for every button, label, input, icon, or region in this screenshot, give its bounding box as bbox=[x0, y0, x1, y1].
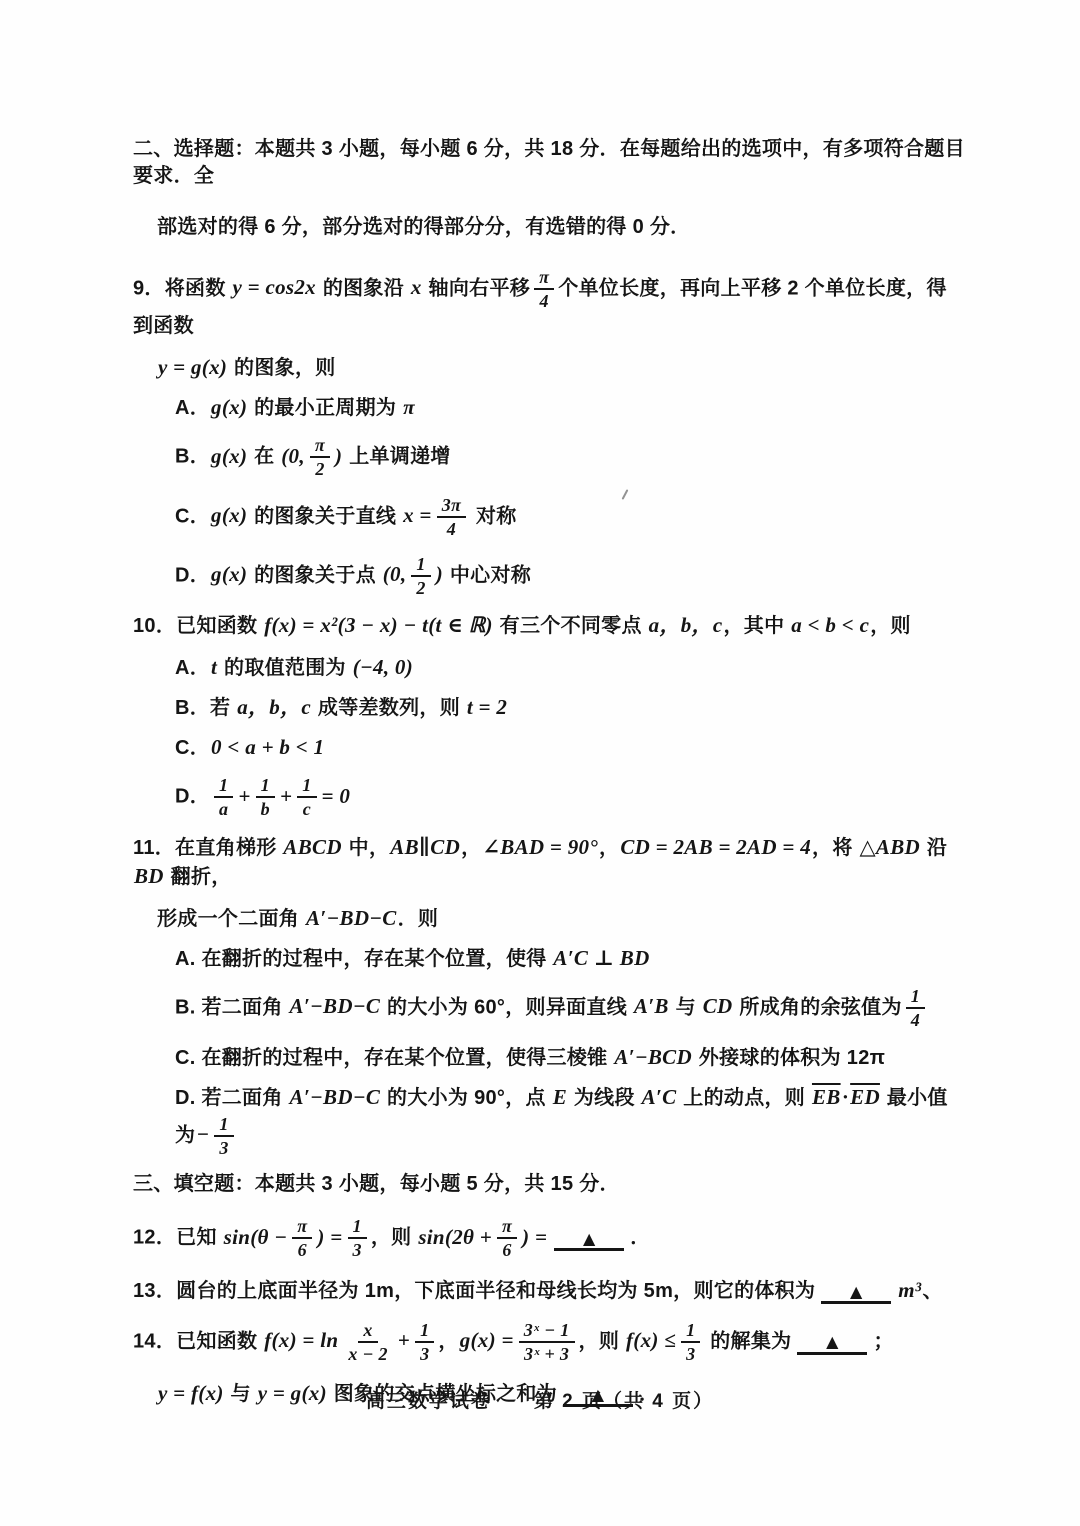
math-fragment: A′−BD−C bbox=[289, 994, 382, 1018]
text-fragment: 的最小正周期为 bbox=[248, 397, 402, 419]
text-fragment: 轴向右平移 bbox=[423, 277, 530, 299]
fraction: 13 bbox=[348, 1216, 367, 1260]
section-2-heading-line-1: 二、选择题：本题共 3 小题，每小题 6 分，共 18 分．在每题给出的选项中，… bbox=[133, 136, 965, 190]
question-11-option-d: D. 若二面角 A′−BD−C 的大小为 90°，点 E 为线段 A′C 上的动… bbox=[175, 1083, 965, 1160]
fraction: π6 bbox=[497, 1216, 517, 1260]
text-fragment: C. 在翻折的过程中，存在某个位置，使得三棱锥 bbox=[175, 1047, 613, 1069]
fraction-numerator: x bbox=[358, 1320, 377, 1343]
math-fragment: sin(θ − bbox=[223, 1225, 289, 1249]
math-fragment: △ABD bbox=[858, 835, 921, 859]
math-fragment: (−4, 0) bbox=[352, 655, 414, 679]
fraction: 1a bbox=[214, 775, 233, 819]
fraction-numerator: 1 bbox=[214, 775, 233, 798]
math-fragment: (0, bbox=[280, 444, 306, 468]
math-fragment: a < b < c bbox=[790, 613, 870, 637]
math-fragment: A′B bbox=[633, 994, 670, 1018]
fraction: 3ˣ − 13ˣ + 3 bbox=[519, 1320, 575, 1364]
math-fragment: x = bbox=[402, 503, 433, 527]
fraction-numerator: π bbox=[497, 1216, 517, 1239]
math-fragment: g(x) bbox=[210, 503, 248, 527]
question-11-stem-line-1: 11．在直角梯形 ABCD 中，AB∥CD，∠BAD = 90°，CD = 2A… bbox=[133, 833, 965, 891]
text-fragment: 的大小为 60°，则异面直线 bbox=[381, 996, 633, 1018]
text-fragment: ，则 bbox=[870, 615, 911, 637]
math-fragment: − bbox=[195, 1122, 210, 1146]
math-fragment: AB∥CD bbox=[389, 835, 461, 859]
text-fragment: 14．已知函数 bbox=[133, 1330, 263, 1352]
text-fragment: B. 若二面角 bbox=[175, 996, 289, 1018]
math-fragment: sin(2θ + bbox=[417, 1225, 493, 1249]
fraction: 13 bbox=[214, 1114, 233, 1158]
text-fragment: ， bbox=[438, 1330, 458, 1352]
fraction-denominator: x − 2 bbox=[343, 1343, 392, 1364]
fraction-denominator: 2 bbox=[310, 458, 329, 479]
fraction-denominator: 3ˣ + 3 bbox=[519, 1343, 574, 1364]
math-fragment: y = cos2x bbox=[231, 275, 316, 299]
question-10-option-c: C．0 < a + b < 1 bbox=[175, 733, 965, 762]
text-fragment: 上的动点，则 bbox=[677, 1087, 811, 1109]
text-fragment: A. 在翻折的过程中，存在某个位置，使得 bbox=[175, 948, 552, 970]
exam-page: 二、选择题：本题共 3 小题，每小题 6 分，共 18 分．在每题给出的选项中，… bbox=[0, 0, 1080, 1526]
text-fragment: 中， bbox=[343, 837, 389, 859]
math-fragment: A′−BCD bbox=[613, 1045, 693, 1069]
math-fragment: π bbox=[402, 395, 416, 419]
text-fragment: A． bbox=[175, 657, 210, 679]
math-fragment: a，b，c bbox=[648, 613, 724, 637]
text-fragment: 的图象关于点 bbox=[248, 564, 382, 586]
math-fragment: ) = bbox=[521, 1225, 548, 1249]
text-fragment: 对称 bbox=[470, 505, 516, 527]
answer-blank: ▲ bbox=[554, 1230, 624, 1252]
question-11-option-b: B. 若二面角 A′−BD−C 的大小为 60°，则异面直线 A′B 与 CD … bbox=[175, 984, 965, 1032]
fraction-denominator: 4 bbox=[906, 1009, 925, 1030]
math-fragment: f(x) ≤ bbox=[625, 1328, 677, 1352]
text-fragment: D. 若二面角 bbox=[175, 1087, 289, 1109]
text-fragment: 与 bbox=[670, 996, 702, 1018]
question-14-stem-line-1: 14．已知函数 f(x) = lnxx − 2+13，g(x) =3ˣ − 13… bbox=[133, 1318, 965, 1366]
text-fragment: D． bbox=[175, 564, 210, 586]
text-fragment: ， bbox=[461, 837, 481, 859]
question-9-stem-line-2: y = g(x) 的图象，则 bbox=[157, 353, 965, 382]
text-fragment: 、 bbox=[923, 1280, 943, 1302]
question-11-stem-line-2: 形成一个二面角 A′−BD−C．则 bbox=[157, 904, 965, 933]
question-9-option-b: B．g(x) 在 (0,π2) 上单调递增 bbox=[175, 433, 965, 481]
text-fragment: 的图象关于直线 bbox=[248, 505, 402, 527]
question-10-option-b: B．若 a，b，c 成等差数列，则 t = 2 bbox=[175, 693, 965, 722]
question-9-option-d: D．g(x) 的图象关于点 (0,12) 中心对称 bbox=[175, 552, 965, 600]
question-9-option-c: C．g(x) 的图象关于直线 x =3π4 对称 bbox=[175, 493, 965, 541]
fraction-denominator: 3 bbox=[415, 1343, 434, 1364]
math-fragment: g(x) bbox=[210, 562, 248, 586]
text-fragment: ，其中 bbox=[723, 615, 790, 637]
fraction-denominator: 6 bbox=[497, 1239, 516, 1260]
math-fragment: m³ bbox=[897, 1278, 922, 1302]
text-fragment: ，则 bbox=[371, 1227, 417, 1249]
text-fragment: ．则 bbox=[398, 908, 439, 930]
fraction: xx − 2 bbox=[343, 1320, 392, 1364]
section-3-heading: 三、填空题：本题共 3 小题，每小题 5 分，共 15 分． bbox=[133, 1171, 965, 1198]
math-fragment: ) bbox=[334, 444, 343, 468]
math-fragment: A′C bbox=[641, 1085, 678, 1109]
fraction: 12 bbox=[411, 554, 430, 598]
answer-blank: ▲ bbox=[821, 1283, 891, 1305]
fraction-numerator: 1 bbox=[906, 986, 925, 1009]
question-9-stem-line-1: 9．将函数 y = cos2x 的图象沿 x 轴向右平移π4个单位长度，再向上平… bbox=[133, 265, 965, 340]
text-fragment: 的取值范围为 bbox=[218, 657, 352, 679]
text-fragment: 翻折， bbox=[165, 866, 232, 888]
math-fragment: + bbox=[279, 784, 293, 808]
text-fragment: 11．在直角梯形 bbox=[133, 837, 282, 859]
text-fragment: 9．将函数 bbox=[133, 277, 231, 299]
fraction-numerator: π bbox=[292, 1216, 312, 1239]
text-fragment: 的大小为 90°，点 bbox=[381, 1087, 552, 1109]
text-fragment: ． bbox=[630, 1227, 650, 1249]
math-fragment: BD bbox=[133, 864, 165, 888]
fraction: π2 bbox=[310, 435, 330, 479]
text-fragment: 形成一个二面角 bbox=[157, 908, 305, 930]
math-fragment: = 0 bbox=[321, 784, 352, 808]
text-fragment: 为线段 bbox=[568, 1087, 641, 1109]
math-fragment: t bbox=[210, 655, 218, 679]
answer-blank: ▲ bbox=[797, 1333, 867, 1355]
fraction-numerator: 1 bbox=[415, 1320, 434, 1343]
fraction-denominator: 6 bbox=[293, 1239, 312, 1260]
fraction-numerator: 1 bbox=[214, 1114, 233, 1137]
text-fragment: 中心对称 bbox=[444, 564, 531, 586]
vector-overline: EB bbox=[811, 1085, 842, 1109]
math-fragment: ABCD bbox=[282, 835, 342, 859]
math-fragment: g(x) bbox=[210, 444, 248, 468]
text-fragment: 所成角的余弦值为 bbox=[734, 996, 902, 1018]
math-fragment: g(x) bbox=[210, 395, 248, 419]
math-fragment: ) bbox=[435, 562, 444, 586]
math-fragment: CD bbox=[702, 994, 734, 1018]
text-fragment: 的图象沿 bbox=[317, 277, 410, 299]
math-fragment: (0, bbox=[382, 562, 408, 586]
exam-content: 二、选择题：本题共 3 小题，每小题 6 分，共 18 分．在每题给出的选项中，… bbox=[133, 136, 965, 1419]
fraction: 1b bbox=[256, 775, 275, 819]
fraction: π4 bbox=[534, 267, 554, 311]
text-fragment: 上单调递增 bbox=[343, 446, 450, 468]
math-fragment: + bbox=[397, 1328, 411, 1352]
math-fragment: ) = bbox=[316, 1225, 343, 1249]
text-fragment: A． bbox=[175, 397, 210, 419]
fraction: 14 bbox=[906, 986, 925, 1030]
fraction-numerator: 1 bbox=[348, 1216, 367, 1239]
fraction-numerator: 1 bbox=[681, 1320, 700, 1343]
fraction-denominator: 3 bbox=[214, 1137, 233, 1158]
text-fragment: 沿 bbox=[921, 837, 947, 859]
fraction-denominator: a bbox=[214, 798, 233, 819]
math-fragment: f(x) = ln bbox=[263, 1328, 339, 1352]
fraction-numerator: π bbox=[534, 267, 554, 290]
fraction-denominator: 2 bbox=[411, 577, 430, 598]
text-fragment: D． bbox=[175, 786, 210, 808]
text-fragment: 13．圆台的上底面半径为 1m，下底面半径和母线长均为 5m，则它的体积为 bbox=[133, 1280, 815, 1302]
question-12-stem: 12．已知 sin(θ −π6) =13，则 sin(2θ +π6) =▲． bbox=[133, 1214, 965, 1262]
text-fragment: 的解集为 bbox=[704, 1330, 791, 1352]
math-fragment: t = 2 bbox=[466, 695, 508, 719]
text-fragment: 10．已知函数 bbox=[133, 615, 263, 637]
math-fragment: ∠BAD = 90° bbox=[481, 835, 599, 859]
question-9-option-a: A．g(x) 的最小正周期为 π bbox=[175, 393, 965, 422]
fraction-numerator: π bbox=[310, 435, 330, 458]
fraction: π6 bbox=[292, 1216, 312, 1260]
fraction-denominator: 3 bbox=[681, 1343, 700, 1364]
math-fragment: 0 < a + b < 1 bbox=[210, 735, 325, 759]
fraction-numerator: 1 bbox=[411, 554, 430, 577]
math-fragment: A′−BD−C bbox=[289, 1085, 382, 1109]
text-fragment: 的图象，则 bbox=[228, 357, 335, 379]
math-fragment: CD = 2AB = 2AD = 4 bbox=[619, 835, 812, 859]
fraction-denominator: 4 bbox=[442, 518, 461, 539]
question-13-stem: 13．圆台的上底面半径为 1m，下底面半径和母线长均为 5m，则它的体积为▲m³… bbox=[133, 1276, 965, 1305]
fraction-numerator: 1 bbox=[256, 775, 275, 798]
text-fragment: B．若 bbox=[175, 697, 236, 719]
text-fragment: ， bbox=[599, 837, 619, 859]
text-fragment: 外接球的体积为 12π bbox=[693, 1047, 885, 1069]
math-fragment: E bbox=[552, 1085, 568, 1109]
question-10-option-d: D．1a+1b+1c= 0 bbox=[175, 773, 965, 821]
math-fragment: a，b，c bbox=[236, 695, 312, 719]
text-fragment: 有三个不同零点 bbox=[494, 615, 648, 637]
question-10-option-a: A．t 的取值范围为 (−4, 0) bbox=[175, 653, 965, 682]
fraction-denominator: 4 bbox=[534, 290, 553, 311]
text-fragment: ； bbox=[873, 1330, 893, 1352]
math-fragment: g(x) = bbox=[459, 1328, 515, 1352]
math-fragment: x bbox=[410, 275, 423, 299]
fraction: 1c bbox=[297, 775, 316, 819]
text-fragment: C． bbox=[175, 505, 210, 527]
fraction-numerator: 1 bbox=[297, 775, 316, 798]
fraction-denominator: b bbox=[256, 798, 275, 819]
fraction: 13 bbox=[681, 1320, 700, 1364]
question-11-option-c: C. 在翻折的过程中，存在某个位置，使得三棱锥 A′−BCD 外接球的体积为 1… bbox=[175, 1043, 965, 1072]
fraction: 3π4 bbox=[437, 495, 466, 539]
question-10-stem: 10．已知函数 f(x) = x²(3 − x) − t(t ∈ ℝ) 有三个不… bbox=[133, 611, 965, 640]
section-2-heading-line-2: 部选对的得 6 分，部分选对的得部分分，有选错的得 0 分． bbox=[157, 214, 965, 241]
text-fragment: ，则 bbox=[579, 1330, 625, 1352]
text-fragment: B． bbox=[175, 446, 210, 468]
math-fragment: f(x) = x²(3 − x) − t(t ∈ ℝ) bbox=[263, 613, 494, 637]
text-fragment: 在 bbox=[248, 446, 280, 468]
text-fragment: ，将 bbox=[812, 837, 858, 859]
question-11-option-a: A. 在翻折的过程中，存在某个位置，使得 A′C ⊥ BD bbox=[175, 944, 965, 973]
fraction: 13 bbox=[415, 1320, 434, 1364]
fraction-numerator: 3ˣ − 1 bbox=[519, 1320, 575, 1343]
page-footer: 高三数学试卷 第 2 页（共 4 页） bbox=[0, 1386, 1080, 1413]
math-fragment: + bbox=[237, 784, 251, 808]
math-fragment: y = g(x) bbox=[157, 355, 228, 379]
text-fragment: 12．已知 bbox=[133, 1227, 223, 1249]
text-fragment: 成等差数列，则 bbox=[312, 697, 466, 719]
fraction-denominator: c bbox=[298, 798, 316, 819]
fraction-numerator: 3π bbox=[437, 495, 466, 518]
vector-overline: ED bbox=[849, 1085, 881, 1109]
math-fragment: A′C ⊥ BD bbox=[552, 946, 650, 970]
text-fragment: C． bbox=[175, 737, 210, 759]
math-fragment: A′−BD−C bbox=[305, 906, 398, 930]
fraction-denominator: 3 bbox=[348, 1239, 367, 1260]
